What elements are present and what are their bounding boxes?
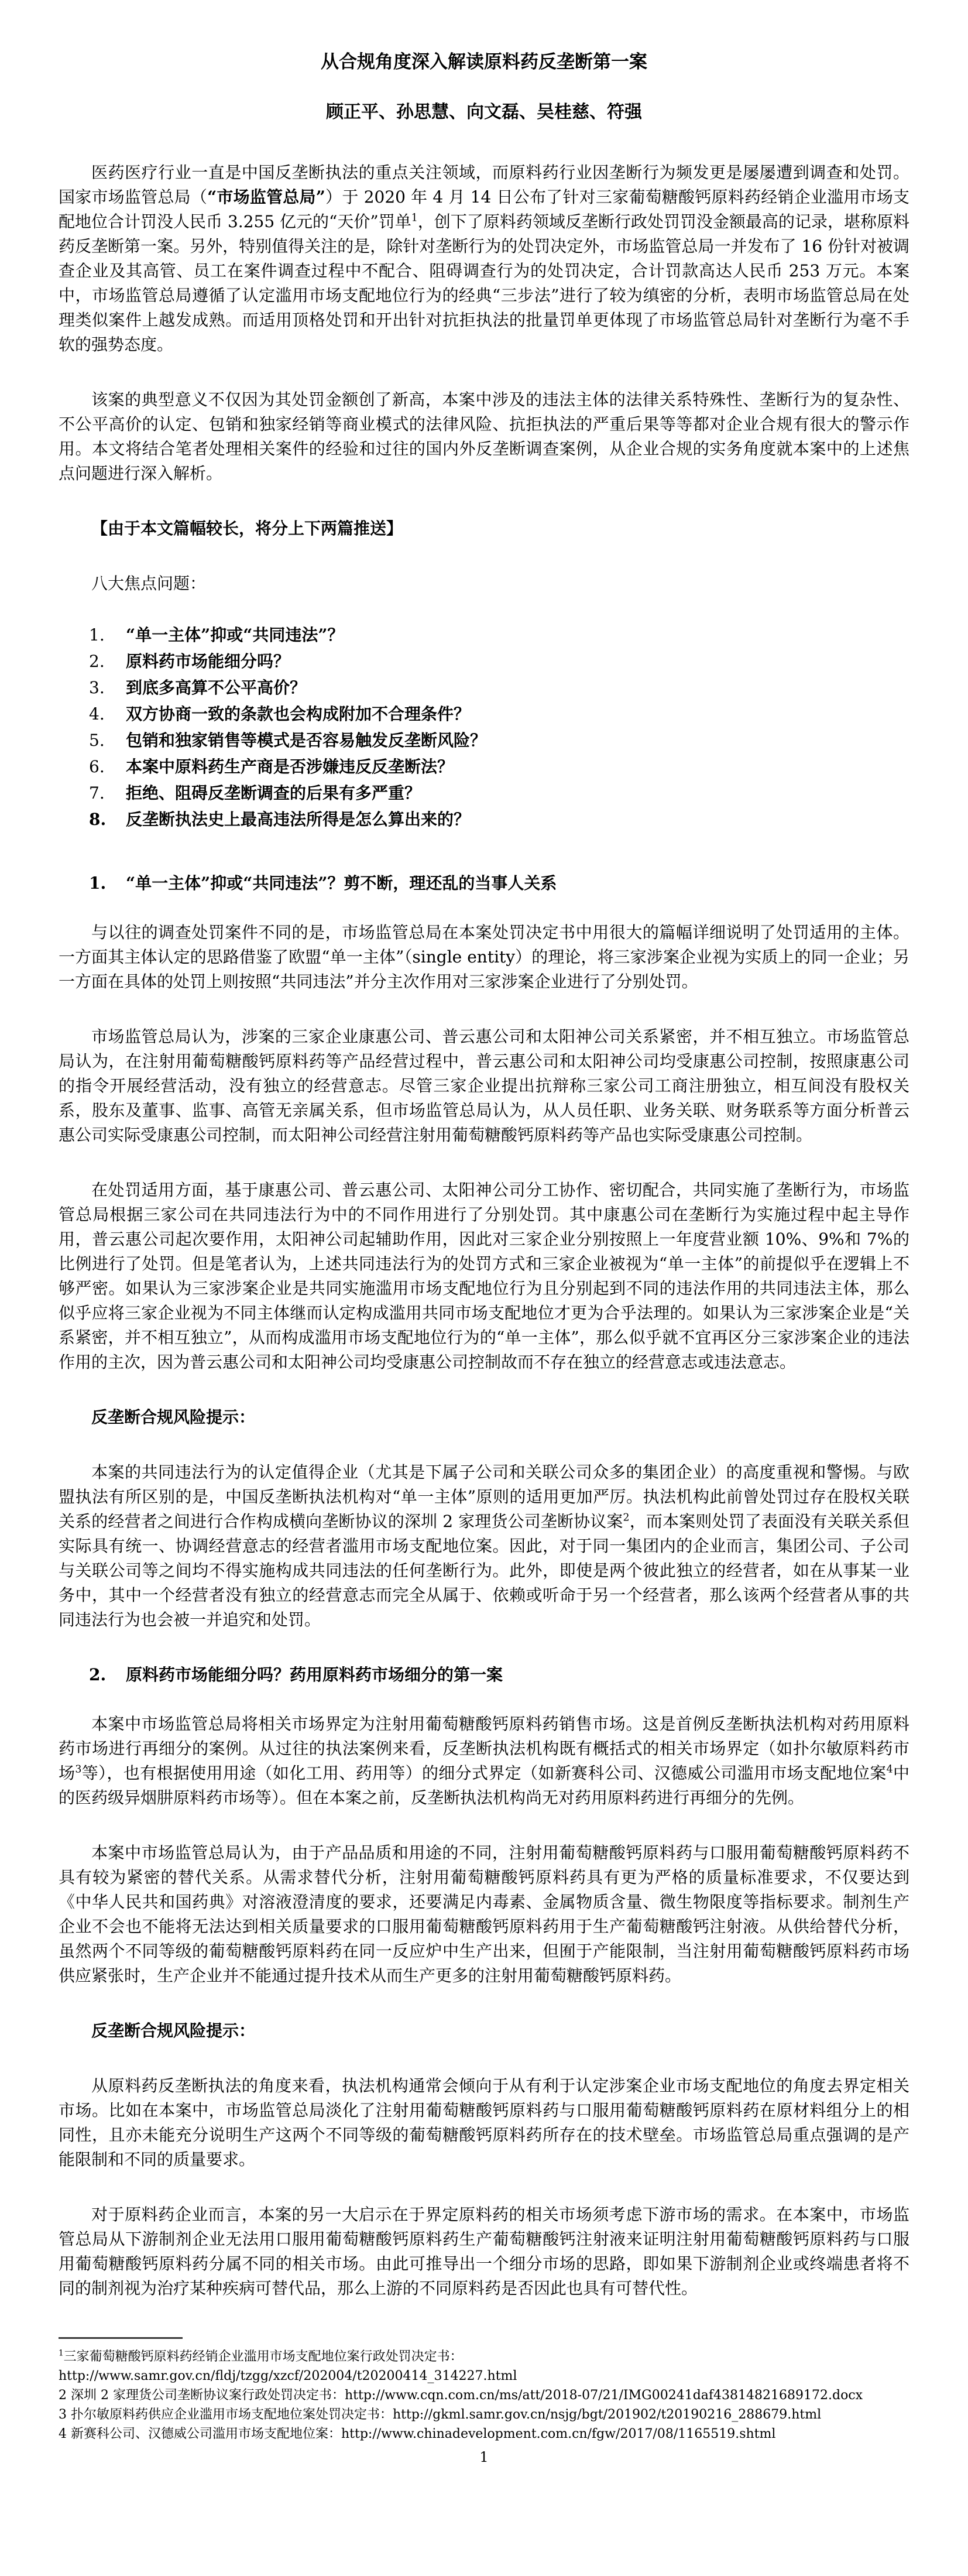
section-2-risk-heading: 反垄断合规风险提示： [59,2019,909,2043]
section-2-title: 原料药市场能细分吗？药用原料药市场细分的第一案 [126,1663,503,1687]
doc-title: 从合规角度深入解读原料药反垄断第一案 [59,50,909,74]
page-number: 1 [59,2448,909,2466]
intro-paragraph-1: 医药医疗行业一直是中国反垄断执法的重点关注领域，而原料药行业因垄断行为频发更是屡… [59,160,909,357]
intro-paragraph-2: 该案的典型意义不仅因为其处罚金额创了新高，本案中涉及的违法主体的法律关系特殊性、… [59,388,909,486]
focus-item-6: 6. 本案中原料药生产商是否涉嫌违反反垄断法？ [59,753,909,780]
authors-line: 顾正平、孙思慧、向文磊、吴桂慈、符强 [59,101,909,124]
footnote-2: 2 深圳 2 家理货公司垄断协议案行政处罚决定书：http://www.cqn.… [59,2386,909,2405]
section-1-heading: 1. “单一主体”抑或“共同违法”？剪不断，理还乱的当事人关系 [59,871,909,896]
focus-item-2: 2. 原料药市场能细分吗？ [59,648,909,674]
focus-item-text: 双方协商一致的条款也会构成附加不合理条件？ [126,701,470,727]
section-1-paragraph-1: 与以往的调查处罚案件不同的是，市场监管总局在本案处罚决定书中用很大的篇幅详细说明… [59,920,909,994]
section-1-title: “单一主体”抑或“共同违法”？剪不断，理还乱的当事人关系 [126,871,557,896]
focus-item-8: 8. 反垄断执法史上最高违法所得是怎么算出来的？ [59,806,909,833]
focus-item-text: 包销和独家销售等模式是否容易触发反垄断风险？ [126,727,486,753]
focus-item-number: 7. [59,780,126,806]
footnote-area: 1三家葡萄糖酸钙原料药经销企业滥用市场支配地位案行政处罚决定书：http://w… [59,2337,909,2466]
focus-item-7: 7. 拒绝、阻碍反垄断调查的后果有多严重？ [59,780,909,806]
footnote-1: 1三家葡萄糖酸钙原料药经销企业滥用市场支配地位案行政处罚决定书：http://w… [59,2347,909,2386]
section-1-paragraph-3: 在处罚适用方面，基于康惠公司、普云惠公司、太阳神公司分工协作、密切配合，共同实施… [59,1178,909,1375]
focus-item-5: 5. 包销和独家销售等模式是否容易触发反垄断风险？ [59,727,909,753]
section-2-paragraph-1: 本案中市场监管总局将相关市场界定为注射用葡萄糖酸钙原料药销售市场。这是首例反垄断… [59,1712,909,1810]
focus-item-number: 1. [59,622,126,648]
section-1-paragraph-4: 本案的共同违法行为的认定值得企业（尤其是下属子公司和关联公司众多的集团企业）的高… [59,1460,909,1632]
focus-item-text: 反垄断执法史上最高违法所得是怎么算出来的？ [126,806,470,833]
focus-item-4: 4. 双方协商一致的条款也会构成附加不合理条件？ [59,701,909,727]
focus-item-1: 1. “单一主体”抑或“共同违法”？ [59,622,909,648]
section-2-number: 2. [59,1663,126,1687]
document-page: 从合规角度深入解读原料药反垄断第一案 顾正平、孙思慧、向文磊、吴桂慈、符强 医药… [0,0,968,2576]
footnote-divider [59,2337,183,2339]
section-1-risk-heading: 反垄断合规风险提示： [59,1405,909,1430]
focus-item-number: 4. [59,701,126,727]
section-2-heading: 2. 原料药市场能细分吗？药用原料药市场细分的第一案 [59,1663,909,1687]
footnote-4: 4 新赛科公司、汉德威公司滥用市场支配地位案：http://www.chinad… [59,2424,909,2444]
focus-item-number: 5. [59,727,126,753]
split-post-notice: 【由于本文篇幅较长，将分上下两篇推送】 [59,516,909,541]
section-2-paragraph-3: 从原料药反垄断执法的角度来看，执法机构通常会倾向于从有利于认定涉案企业市场支配地… [59,2074,909,2172]
focus-item-number: 2. [59,648,126,674]
focus-item-number: 8. [59,806,126,833]
focus-item-number: 3. [59,674,126,701]
section-2-paragraph-2: 本案中市场监管总局认为，由于产品品质和用途的不同，注射用葡萄糖酸钙原料药与口服用… [59,1841,909,1988]
focus-question-list: 1. “单一主体”抑或“共同违法”？ 2. 原料药市场能细分吗？ 3. 到底多高… [59,622,909,833]
section-2-paragraph-4: 对于原料药企业而言，本案的另一大启示在于界定原料药的相关市场须考虑下游市场的需求… [59,2202,909,2301]
focus-item-text: 到底多高算不公平高价？ [126,674,306,701]
section-1-number: 1. [59,871,126,896]
focus-item-text: 本案中原料药生产商是否涉嫌违反反垄断法？ [126,753,454,780]
focus-item-text: 拒绝、阻碍反垄断调查的后果有多严重？ [126,780,421,806]
footnote-3: 3 扑尔敏原料药供应企业滥用市场支配地位案处罚决定书：http://gkml.s… [59,2405,909,2424]
focus-item-text: “单一主体”抑或“共同违法”？ [126,622,344,648]
focus-item-number: 6. [59,753,126,780]
focus-item-text: 原料药市场能细分吗？ [126,648,290,674]
section-1-paragraph-2: 市场监管总局认为，涉案的三家企业康惠公司、普云惠公司和太阳神公司关系紧密，并不相… [59,1025,909,1147]
focus-questions-intro: 八大焦点问题： [59,571,909,596]
focus-item-3: 3. 到底多高算不公平高价？ [59,674,909,701]
